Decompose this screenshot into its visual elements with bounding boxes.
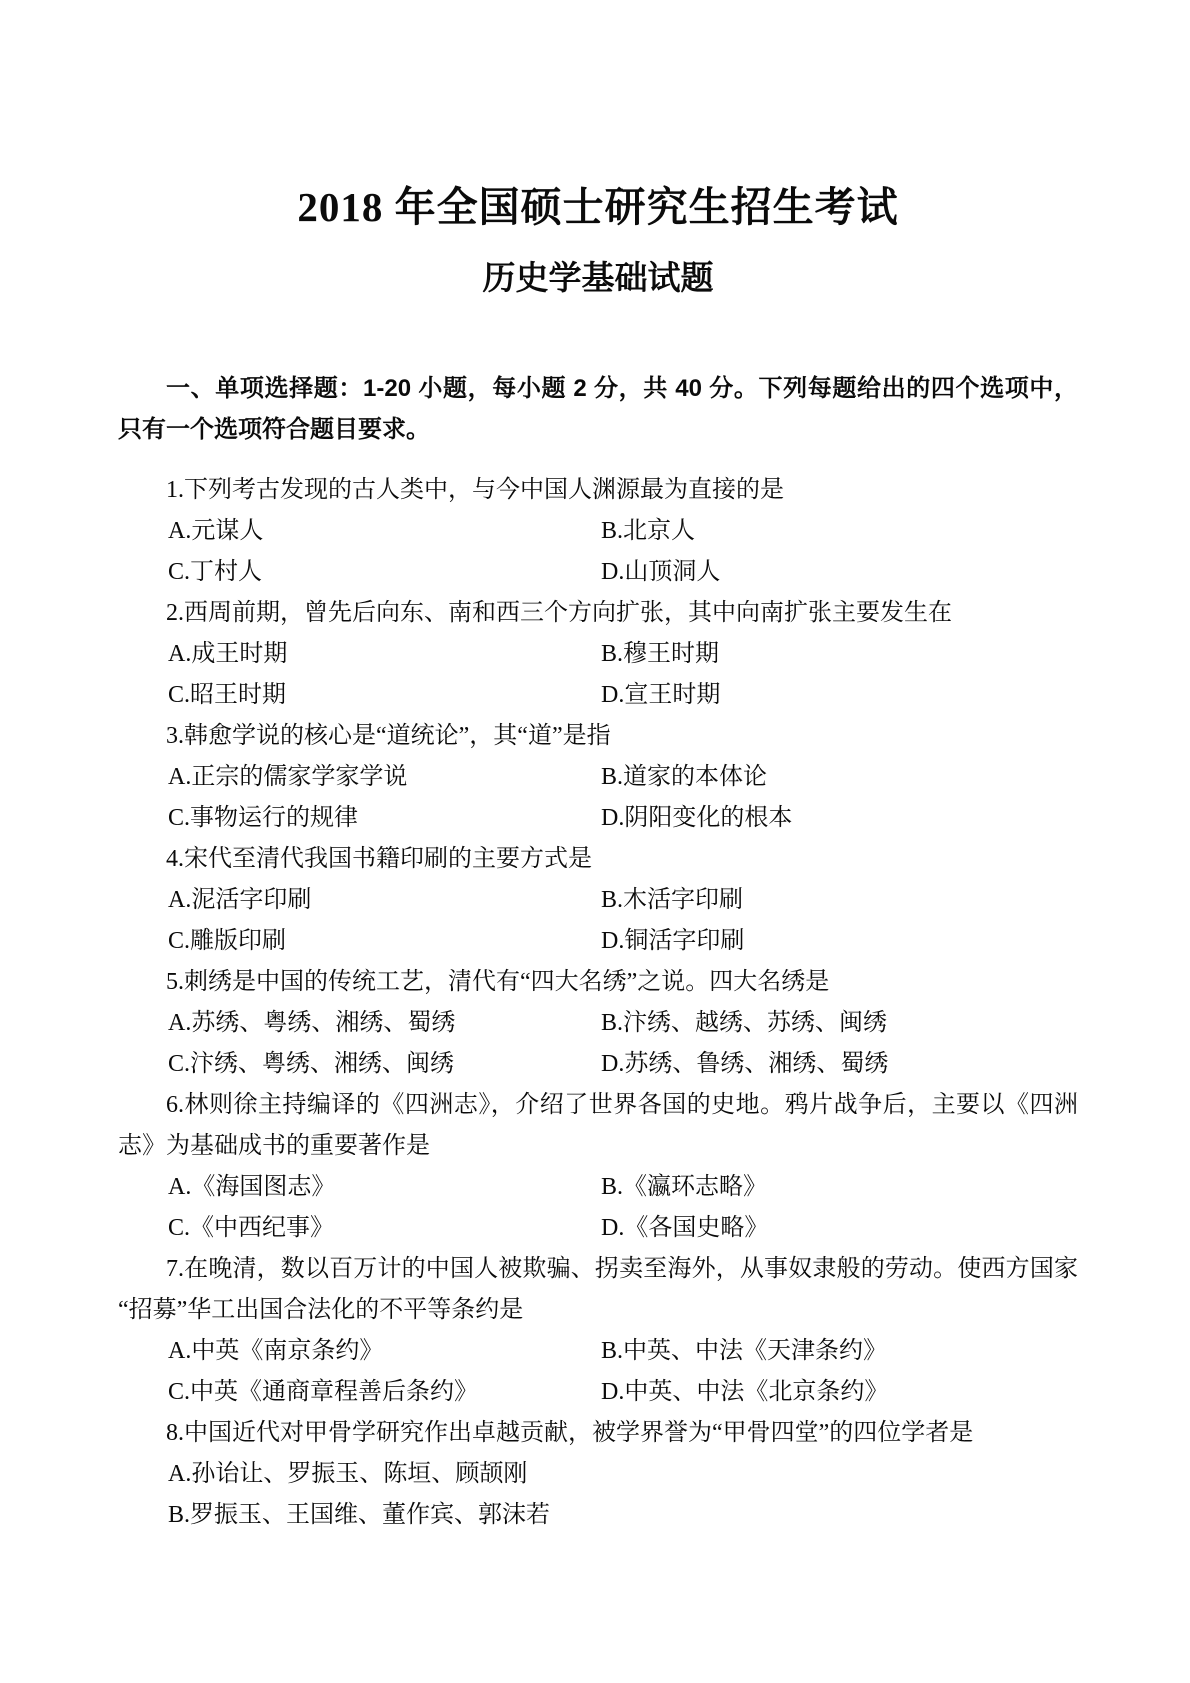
option: C.《中西纪事》 — [168, 1208, 601, 1249]
section-intro: 一、单项选择题：1-20 小题，每小题 2 分，共 40 分。下列每题给出的四个… — [118, 368, 1078, 450]
option: C.雕版印刷 — [168, 921, 601, 962]
question: 1.下列考古发现的古人类中，与今中国人渊源最为直接的是 A.元谋人 B.北京人 … — [118, 470, 1078, 593]
option: D.阴阳变化的根本 — [601, 798, 792, 839]
option-row: A.苏绣、粤绣、湘绣、蜀绣 B.汴绣、越绣、苏绣、闽绣 — [118, 1003, 1078, 1044]
option: A.成王时期 — [168, 634, 601, 675]
question: 5.刺绣是中国的传统工艺，清代有“四大名绣”之说。四大名绣是 A.苏绣、粤绣、湘… — [118, 962, 1078, 1085]
question-text: 1.下列考古发现的古人类中，与今中国人渊源最为直接的是 — [118, 470, 1078, 511]
option: B.穆王时期 — [601, 634, 719, 675]
question: 4.宋代至清代我国书籍印刷的主要方式是 A.泥活字印刷 B.木活字印刷 C.雕版… — [118, 839, 1078, 962]
option: D.铜活字印刷 — [601, 921, 744, 962]
question: 2.西周前期，曾先后向东、南和西三个方向扩张，其中向南扩张主要发生在 A.成王时… — [118, 593, 1078, 716]
option: C.昭王时期 — [168, 675, 601, 716]
option: A.苏绣、粤绣、湘绣、蜀绣 — [168, 1003, 601, 1044]
option: C.中英《通商章程善后条约》 — [168, 1372, 601, 1413]
option-row: A.成王时期 B.穆王时期 — [118, 634, 1078, 675]
option-row: A.《海国图志》 B.《瀛环志略》 — [118, 1167, 1078, 1208]
option-row: A.孙诒让、罗振玉、陈垣、顾颉刚 — [118, 1454, 1078, 1495]
option-row: C.丁村人 D.山顶洞人 — [118, 552, 1078, 593]
option-row: B.罗振玉、王国维、董作宾、郭沫若 — [118, 1495, 1078, 1536]
question: 6.林则徐主持编译的《四洲志》，介绍了世界各国的史地。鸦片战争后，主要以《四洲志… — [118, 1085, 1078, 1249]
option: D.《各国史略》 — [601, 1208, 768, 1249]
question-list: 1.下列考古发现的古人类中，与今中国人渊源最为直接的是 A.元谋人 B.北京人 … — [118, 470, 1078, 1536]
option: B.罗振玉、王国维、董作宾、郭沫若 — [168, 1495, 550, 1536]
page-title: 2018 年全国硕士研究生招生考试 — [118, 183, 1078, 231]
option-row: C.昭王时期 D.宣王时期 — [118, 675, 1078, 716]
option-row: A.正宗的儒家学家学说 B.道家的本体论 — [118, 757, 1078, 798]
question-text: 3.韩愈学说的核心是“道统论”，其“道”是指 — [118, 716, 1078, 757]
option-row: A.元谋人 B.北京人 — [118, 511, 1078, 552]
question-text: 8.中国近代对甲骨学研究作出卓越贡献，被学界誉为“甲骨四堂”的四位学者是 — [118, 1413, 1078, 1454]
option-row: C.事物运行的规律 D.阴阳变化的根本 — [118, 798, 1078, 839]
option-row: C.雕版印刷 D.铜活字印刷 — [118, 921, 1078, 962]
option: B.道家的本体论 — [601, 757, 767, 798]
option-row: A.中英《南京条约》 B.中英、中法《天津条约》 — [118, 1331, 1078, 1372]
question-text: 6.林则徐主持编译的《四洲志》，介绍了世界各国的史地。鸦片战争后，主要以《四洲志… — [118, 1085, 1078, 1167]
option: B.木活字印刷 — [601, 880, 743, 921]
option: A.元谋人 — [168, 511, 601, 552]
question-text: 2.西周前期，曾先后向东、南和西三个方向扩张，其中向南扩张主要发生在 — [118, 593, 1078, 634]
option: C.丁村人 — [168, 552, 601, 593]
option: D.中英、中法《北京条约》 — [601, 1372, 888, 1413]
option: B.《瀛环志略》 — [601, 1167, 767, 1208]
option: A.正宗的儒家学家学说 — [168, 757, 601, 798]
option: B.北京人 — [601, 511, 695, 552]
question: 8.中国近代对甲骨学研究作出卓越贡献，被学界誉为“甲骨四堂”的四位学者是 A.孙… — [118, 1413, 1078, 1536]
option: A.泥活字印刷 — [168, 880, 601, 921]
option: D.宣王时期 — [601, 675, 720, 716]
option-row: C.中英《通商章程善后条约》 D.中英、中法《北京条约》 — [118, 1372, 1078, 1413]
option: D.山顶洞人 — [601, 552, 720, 593]
option: A.中英《南京条约》 — [168, 1331, 601, 1372]
option: B.汴绣、越绣、苏绣、闽绣 — [601, 1003, 887, 1044]
page-subtitle: 历史学基础试题 — [118, 258, 1078, 298]
option: C.汴绣、粤绣、湘绣、闽绣 — [168, 1044, 601, 1085]
question-text: 7.在晚清，数以百万计的中国人被欺骗、拐卖至海外，从事奴隶般的劳动。使西方国家“… — [118, 1249, 1078, 1331]
question: 7.在晚清，数以百万计的中国人被欺骗、拐卖至海外，从事奴隶般的劳动。使西方国家“… — [118, 1249, 1078, 1413]
option: B.中英、中法《天津条约》 — [601, 1331, 887, 1372]
option-row: A.泥活字印刷 B.木活字印刷 — [118, 880, 1078, 921]
option-row: C.《中西纪事》 D.《各国史略》 — [118, 1208, 1078, 1249]
option: A.《海国图志》 — [168, 1167, 601, 1208]
exam-page: 2018 年全国硕士研究生招生考试 历史学基础试题 一、单项选择题：1-20 小… — [0, 0, 1190, 1683]
option: C.事物运行的规律 — [168, 798, 601, 839]
option: A.孙诒让、罗振玉、陈垣、顾颉刚 — [168, 1454, 527, 1495]
question-text: 4.宋代至清代我国书籍印刷的主要方式是 — [118, 839, 1078, 880]
option-row: C.汴绣、粤绣、湘绣、闽绣 D.苏绣、鲁绣、湘绣、蜀绣 — [118, 1044, 1078, 1085]
question-text: 5.刺绣是中国的传统工艺，清代有“四大名绣”之说。四大名绣是 — [118, 962, 1078, 1003]
option: D.苏绣、鲁绣、湘绣、蜀绣 — [601, 1044, 888, 1085]
question: 3.韩愈学说的核心是“道统论”，其“道”是指 A.正宗的儒家学家学说 B.道家的… — [118, 716, 1078, 839]
